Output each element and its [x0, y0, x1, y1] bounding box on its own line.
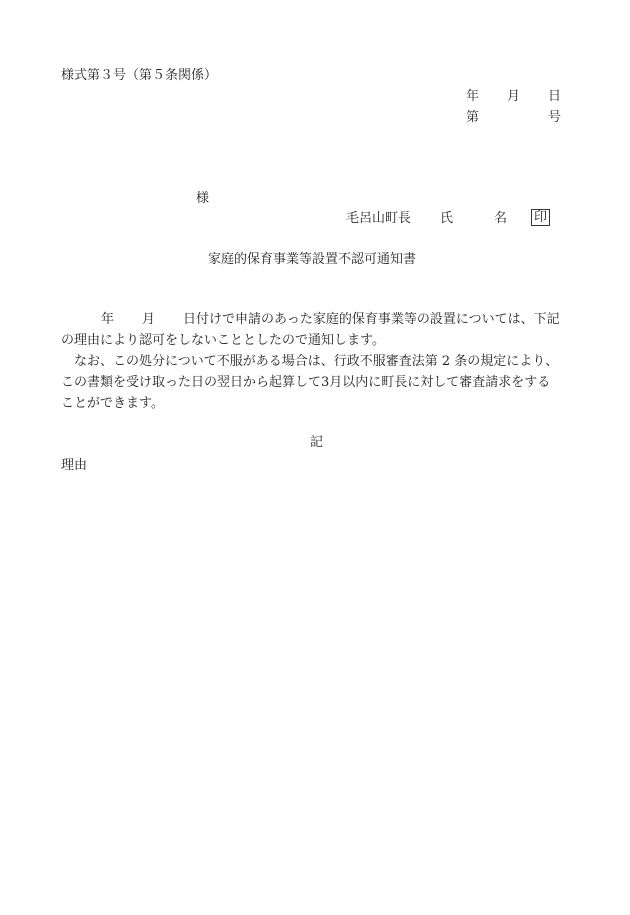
- body-paragraph-2-line-2: この書類を受け取った日の翌日から起算して3月以内に町長に対して審査請求をする: [61, 372, 581, 393]
- form-number: 様式第３号（第５条関係）: [61, 69, 217, 82]
- date-day-label: 日: [548, 90, 561, 103]
- issuer-title: 毛呂山町長: [346, 212, 411, 225]
- number-prefix: 第: [466, 111, 479, 124]
- date-year-label: 年: [466, 90, 479, 103]
- addressee-suffix: 様: [196, 192, 209, 205]
- body-paragraph-1: 年月日付けで申請のあった家庭的保育事業等の設置については、下記 の理由により認可…: [61, 309, 581, 351]
- date-month-label: 月: [507, 90, 520, 103]
- body-paragraph-2: なお、この処分について不服がある場合は、行政不服審査法第 2 条の規定により、 …: [61, 351, 581, 414]
- issuer-name-label-2: 名: [494, 212, 507, 225]
- ki-heading: 記: [310, 436, 323, 449]
- document-title: 家庭的保育事業等設置不認可通知書: [208, 253, 416, 266]
- body-paragraph-1-line-1: 年月日付けで申請のあった家庭的保育事業等の設置については、下記: [61, 309, 581, 330]
- seal-text: 印: [531, 209, 550, 226]
- body-paragraph-2-line-1: なお、この処分について不服がある場合は、行政不服審査法第 2 条の規定により、: [61, 351, 581, 372]
- reason-label: 理由: [61, 459, 87, 472]
- number-suffix: 号: [548, 111, 561, 124]
- body-paragraph-2-line-3: ことができます。: [61, 393, 581, 414]
- issuer-name-label-1: 氏: [440, 212, 453, 225]
- body-paragraph-1-line-2: の理由により認可をしないこととしたので通知します。: [61, 330, 581, 351]
- seal-mark: 印: [531, 209, 550, 226]
